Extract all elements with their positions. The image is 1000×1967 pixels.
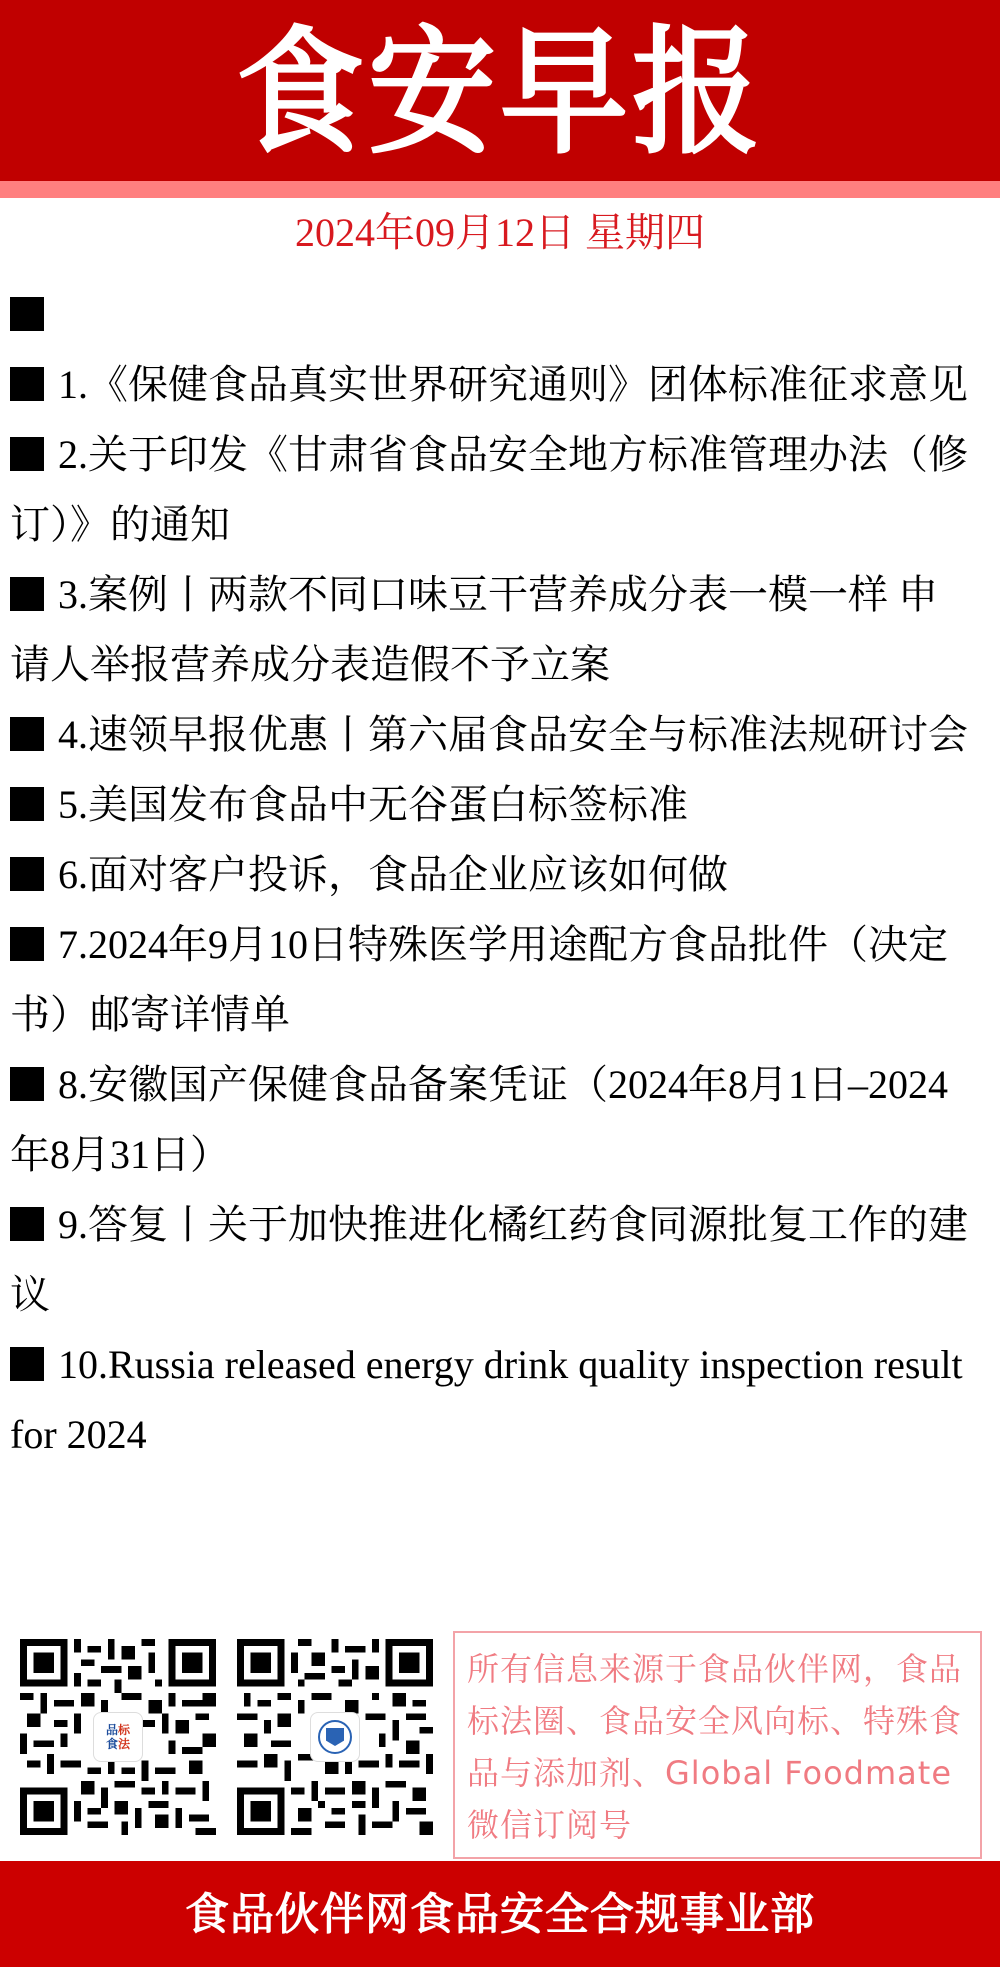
masthead-banner: 食安早报	[0, 0, 1000, 181]
square-bullet-icon	[10, 857, 44, 891]
qr-code-global-foodmate[interactable]	[237, 1639, 433, 1835]
square-bullet-icon	[10, 1067, 44, 1101]
news-item[interactable]: 1.《保健食品真实世界研究通则》团体标准征求意见	[10, 350, 970, 420]
news-item-text: 4.速领早报优惠丨第六届食品安全与标准法规研讨会	[58, 712, 968, 757]
news-item-text: 10.Russia released energy drink quality …	[10, 1342, 963, 1457]
news-item[interactable]: 9.答复丨关于加快推进化橘红药食同源批复工作的建议	[10, 1190, 970, 1330]
square-bullet-icon	[10, 787, 44, 821]
square-bullet-icon	[10, 437, 44, 471]
global-foodmate-logo-icon	[310, 1712, 360, 1762]
square-bullet-icon	[10, 577, 44, 611]
news-item-text: 7.2024年9月10日特殊医学用途配方食品批件（决定书）邮寄详情单	[10, 922, 948, 1037]
news-item[interactable]: 3.案例丨两款不同口味豆干营养成分表一模一样 申请人举报营养成分表造假不予立案	[10, 560, 970, 700]
masthead-title: 食安早报	[236, 24, 764, 162]
square-bullet-icon	[10, 1347, 44, 1381]
news-item[interactable]: 2.关于印发《甘肃省食品安全地方标准管理办法（修订）》的通知	[10, 420, 970, 560]
source-note: 所有信息来源于食品伙伴网，食品标法圈、食品安全风向标、特殊食品与添加剂、Glob…	[467, 1643, 968, 1851]
news-item[interactable]: 6.面对客户投诉，食品企业应该如何做	[10, 840, 970, 910]
news-item[interactable]: 7.2024年9月10日特殊医学用途配方食品批件（决定书）邮寄详情单	[10, 910, 970, 1050]
news-item[interactable]: 8.安徽国产保健食品备案凭证（2024年8月1日–2024年8月31日）	[10, 1050, 970, 1190]
square-bullet-icon	[10, 1207, 44, 1241]
news-item-text: 2.关于印发《甘肃省食品安全地方标准管理办法（修订）》的通知	[10, 432, 968, 547]
news-item[interactable]: 10.Russia released energy drink quality …	[10, 1330, 970, 1470]
footer-department: 食品伙伴网食品安全合规事业部	[185, 1878, 815, 1942]
news-item[interactable]: 4.速领早报优惠丨第六届食品安全与标准法规研讨会	[10, 700, 970, 770]
issue-date: 2024年09月12日 星期四	[0, 205, 1000, 261]
square-bullet-icon	[10, 297, 44, 331]
news-item-text: 8.安徽国产保健食品备案凭证（2024年8月1日–2024年8月31日）	[10, 1062, 948, 1177]
footer-info: 品标 食法 所有信息来源于食品伙伴网，食品标法圈	[0, 1631, 1000, 1861]
source-note-box: 所有信息来源于食品伙伴网，食品标法圈、食品安全风向标、特殊食品与添加剂、Glob…	[453, 1631, 982, 1859]
shield-badge-icon	[318, 1720, 352, 1754]
news-item-empty	[10, 280, 970, 350]
square-bullet-icon	[10, 717, 44, 751]
qr-code-biaofaquan[interactable]: 品标 食法	[20, 1639, 216, 1835]
footer-bar: 食品伙伴网食品安全合规事业部	[0, 1861, 1000, 1967]
news-item-text: 5.美国发布食品中无谷蛋白标签标准	[58, 782, 688, 827]
biaofaquan-logo-icon: 品标 食法	[93, 1712, 143, 1762]
news-item[interactable]: 5.美国发布食品中无谷蛋白标签标准	[10, 770, 970, 840]
news-item-text: 1.《保健食品真实世界研究通则》团体标准征求意见	[58, 362, 968, 407]
square-bullet-icon	[10, 927, 44, 961]
news-item-text: 6.面对客户投诉，食品企业应该如何做	[58, 852, 728, 897]
news-item-text: 3.案例丨两款不同口味豆干营养成分表一模一样 申请人举报营养成分表造假不予立案	[10, 572, 938, 687]
news-item-text: 9.答复丨关于加快推进化橘红药食同源批复工作的建议	[10, 1202, 968, 1317]
news-list: 1.《保健食品真实世界研究通则》团体标准征求意见 2.关于印发《甘肃省食品安全地…	[10, 280, 970, 1470]
masthead-stripe	[0, 181, 1000, 198]
square-bullet-icon	[10, 367, 44, 401]
